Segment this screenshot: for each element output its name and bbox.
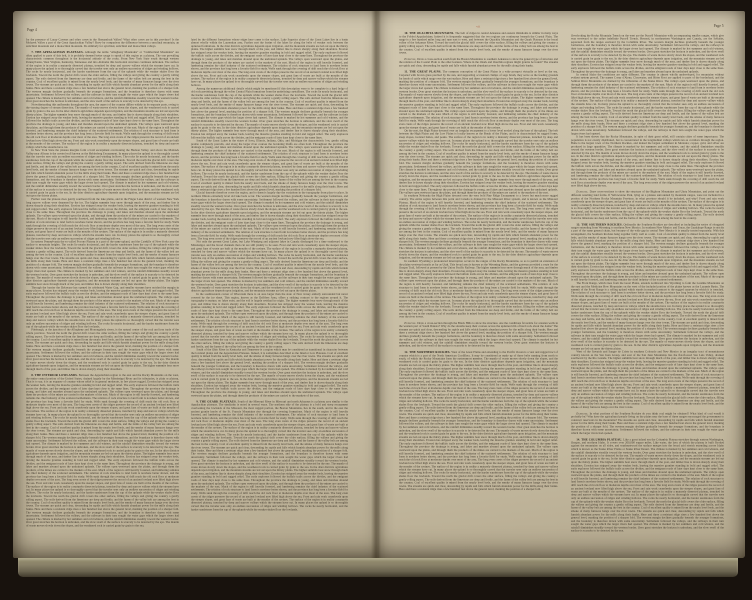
body-paragraph: for the presence of Luray Caverns and ot… xyxy=(26,38,179,48)
body-paragraph: Pittsburgh, at the junction of the Alleg… xyxy=(26,328,179,370)
exercise-label: Exercise. xyxy=(404,321,416,324)
section-heading: 10. THE OUACHITA MOUNTAINS. xyxy=(404,31,454,34)
section-12: 12. THE NORTHERN ROCKIES. West of the Gr… xyxy=(399,351,558,491)
section-11: 11. THE GREAT PLAINS. The common concept… xyxy=(399,70,558,129)
section-8: 8. THE INTERIOR LOWLANDS. Between the Ap… xyxy=(26,374,179,527)
exercise-label: Exercise. xyxy=(404,57,416,60)
body-paragraph: The Front Range, which rises from the Gr… xyxy=(571,282,724,351)
exercise-paragraph: Exercise. Draw a cross-section south fro… xyxy=(399,58,558,68)
section-14: 14. THE COLUMBIA PLATEAU. Like a great i… xyxy=(571,438,724,533)
section-heading: 13. THE SOUTHERN ROCKIES. xyxy=(576,223,622,226)
text-column-2: lated by the different formations whose … xyxy=(191,38,348,556)
body-paragraph: South of the Ohio River in Kentucky and … xyxy=(191,348,348,397)
text-column-4: Overlooking the Rocky Mountain Trench on… xyxy=(571,34,724,556)
red-folio-mark: vii xyxy=(399,25,558,29)
exercise-label: Exercise. xyxy=(576,190,588,193)
gutter-shadow xyxy=(371,11,381,558)
text-column-3: vii10. THE OUACHITA MOUNTAINS. The belt … xyxy=(399,25,558,556)
body-paragraph: In central Idaho the conditions are quit… xyxy=(571,73,724,135)
body-paragraph: Not only the present Great Lakes, but La… xyxy=(191,240,348,292)
exercise-paragraph: Exercise. Draw a cross-section through t… xyxy=(399,322,558,348)
body-paragraph: West of the Sawatch and Sangre de Cristo… xyxy=(571,350,724,409)
body-paragraph: In eastern Pennsylvania the so-called Po… xyxy=(26,240,179,286)
page-number-left: Page 4 xyxy=(27,24,87,30)
section-heading: 9. THE OZARK PLATEAUS. xyxy=(196,400,236,403)
body-paragraph: Notwithstanding this uniformity througho… xyxy=(26,103,179,149)
body-paragraph: On the east, the High Plains descend ove… xyxy=(399,129,558,194)
screenshot-root: { "colors": { "background": "#18120d", "… xyxy=(0,0,752,600)
exercise-paragraph: Exercise. Draw cross-sections to show th… xyxy=(571,190,724,219)
body-paragraph: In the southwestern corner of Wisconsin … xyxy=(191,293,348,349)
text-column-1: for the presence of Luray Caverns and ot… xyxy=(26,38,179,556)
page-edge-strip xyxy=(18,558,738,577)
exercise-paragraph: Exercise. In what portions of the Southe… xyxy=(571,412,724,435)
page-number-right: Page 5 xyxy=(676,24,724,30)
body-paragraph: South of the Great Lakes in the states o… xyxy=(191,139,348,191)
exercise-label: Exercise. xyxy=(576,412,588,415)
section-heading: 12. THE NORTHERN ROCKIES. xyxy=(404,350,450,353)
body-paragraph: In southern Nebraska the High Plains des… xyxy=(399,194,558,259)
body-paragraph: Farther west the plateau rises gently so… xyxy=(26,198,179,240)
section-heading: 8. THE INTERIOR LOWLANDS. xyxy=(31,373,78,376)
section-10: 10. THE OUACHITA MOUNTAINS. The belt of … xyxy=(399,32,558,55)
section-9: 9. THE OZARK PLATEAUS. South of the Miss… xyxy=(191,400,348,511)
section-13: 13. THE SOUTHERN ROCKIES. Ordinarily the… xyxy=(571,223,724,282)
section-7: 7. THE APPALACHIAN PLATEAUS. Although th… xyxy=(26,51,179,103)
body-paragraph: Glacial deposits therefore cover the reg… xyxy=(191,191,348,240)
section-heading: 7. THE APPALACHIAN PLATEAUS. xyxy=(31,50,83,53)
section-heading: 14. THE COLUMBIA PLATEAU. xyxy=(576,438,622,441)
body-paragraph: Among the numerous additional details wh… xyxy=(191,87,348,139)
section-heading: 11. THE GREAT PLAINS. xyxy=(404,70,441,73)
body-paragraph: In southern Wyoming a pronounced interru… xyxy=(399,260,558,319)
body-paragraph: Overlooking the Rocky Mountain Trench on… xyxy=(571,34,724,73)
body-paragraph: lated by the different formations whose … xyxy=(191,38,348,87)
body-paragraph: In New York State the plateau margins fo… xyxy=(26,149,179,198)
body-paragraph: Through the barrier the Delaware has ope… xyxy=(26,286,179,328)
body-paragraph: It has been shown that the Rocky Mountai… xyxy=(571,135,724,187)
